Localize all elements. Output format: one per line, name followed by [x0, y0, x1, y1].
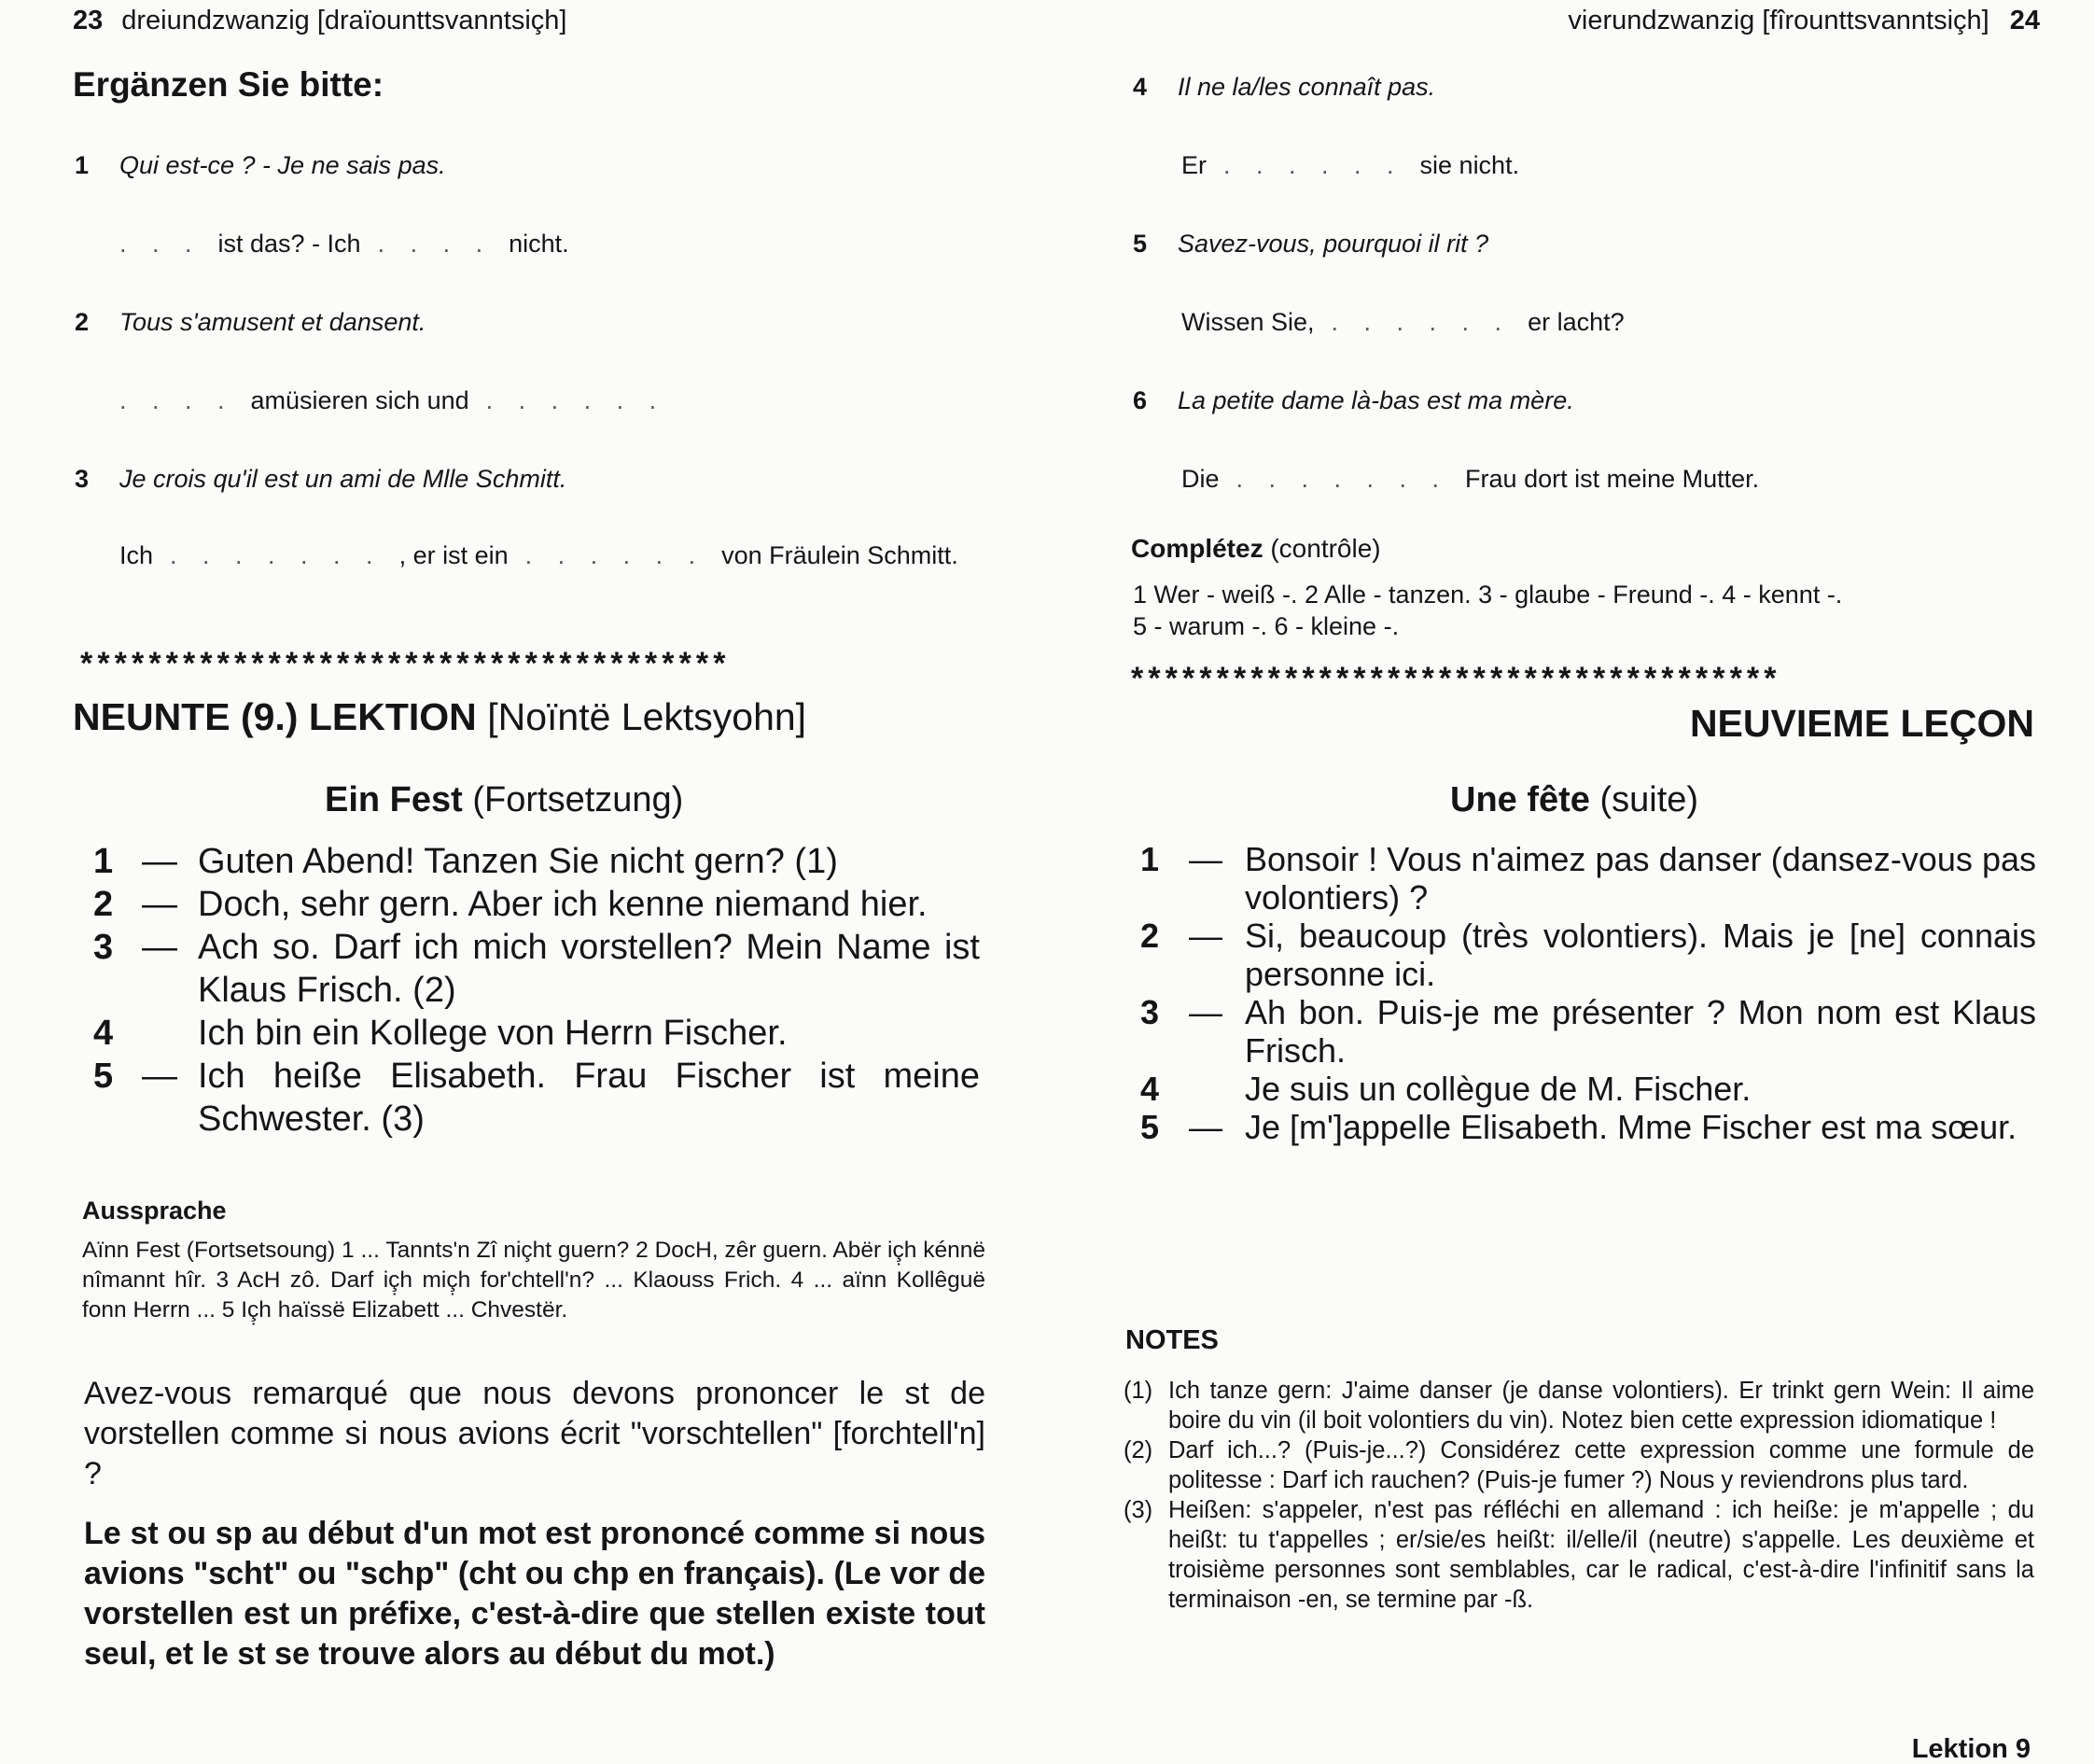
- french-dialogue: 1—Bonsoir ! Vous n'aimez pas danser (dan…: [1140, 840, 2036, 1146]
- header-word: dreiundzwanzig: [121, 6, 310, 35]
- blank[interactable]: . . . .: [378, 230, 493, 258]
- dialogue-line: 5—Je [m']appelle Elisabeth. Mme Fischer …: [1140, 1108, 2036, 1146]
- exercise-item-5-german: Wissen Sie,. . . . . .er lacht?: [1181, 308, 1625, 337]
- dialogue-line: 5—Ich heiße Elisabeth. Frau Fischer ist …: [93, 1055, 980, 1141]
- header-pronunciation: [fîrounttsvanntsiçh]: [1762, 6, 1989, 35]
- notes-title: NOTES: [1125, 1325, 1219, 1356]
- exercise-item-2-french: 2Tous s'amusent et dansent.: [75, 308, 426, 337]
- answers-line-2: 5 - warum -. 6 - kleine -.: [1133, 612, 1399, 640]
- lesson-title: NEUNTE (9.) LEKTION [Noïntë Lektsyohn]: [73, 695, 806, 739]
- blank[interactable]: . . . . . . .: [170, 541, 383, 569]
- exercise-item-1-french: 1Qui est-ce ? - Je ne sais pas.: [75, 151, 446, 180]
- note-item: (3)Heißen: s'appeler, n'est pas réfléchi…: [1124, 1495, 2034, 1615]
- blank[interactable]: . . . .: [119, 386, 234, 414]
- exercise-item-6-french: 6La petite dame là-bas est ma mère.: [1133, 386, 1574, 415]
- dialogue-line: 4Ich bin ein Kollege von Herrn Fischer.: [93, 1012, 980, 1055]
- exercise-item-4-german: Er. . . . . .sie nicht.: [1181, 151, 1519, 180]
- blank[interactable]: . . .: [119, 230, 202, 258]
- exercise-item-6-german: Die. . . . . . .Frau dort ist meine Mutt…: [1181, 465, 1759, 494]
- dialogue-line: 3—Ah bon. Puis-je me présenter ? Mon nom…: [1140, 993, 2036, 1070]
- dialogue-line: 3—Ach so. Darf ich mich vorstellen? Mein…: [93, 926, 980, 1012]
- exercise-item-2-german: . . . .amüsieren sich und. . . . . .: [119, 386, 682, 415]
- dialogue-title: Ein Fest (Fortsetzung): [325, 780, 683, 820]
- exercise-item-1-german: . . .ist das? - Ich. . . .nicht.: [119, 230, 569, 259]
- page-number: 23: [73, 6, 103, 35]
- note-item: (1)Ich tanze gern: J'aime danser (je dan…: [1124, 1376, 2034, 1435]
- dialogue-line: 2—Si, beaucoup (très volontiers). Mais j…: [1140, 917, 2036, 993]
- right-page-header: vierundzwanzig [fîrounttsvanntsiçh]24: [1568, 6, 2040, 36]
- blank[interactable]: . . . . . .: [486, 386, 666, 414]
- dialogue-line: 1—Bonsoir ! Vous n'aimez pas danser (dan…: [1140, 840, 2036, 917]
- footer-lesson-label: Lektion 9: [1912, 1734, 2031, 1764]
- lesson-title: NEUVIEME LEÇON: [1690, 702, 2034, 746]
- page-number: 24: [2010, 6, 2040, 35]
- notes-list: (1)Ich tanze gern: J'aime danser (je dan…: [1124, 1376, 2034, 1615]
- dialogue-title: Une fête (suite): [1450, 780, 1698, 820]
- exercise-title: Ergänzen Sie bitte:: [73, 65, 384, 105]
- blank[interactable]: . . . . . .: [525, 541, 705, 569]
- remark-paragraph-1: Avez-vous remarqué que nous devons prono…: [84, 1374, 985, 1494]
- exercise-item-3-german: Ich. . . . . . ., er ist ein. . . . . .v…: [119, 541, 958, 570]
- german-dialogue: 1—Guten Abend! Tanzen Sie nicht gern? (1…: [93, 840, 980, 1141]
- blank[interactable]: . . . . . .: [1223, 151, 1403, 179]
- header-pronunciation: [draïounttsvanntsiçh]: [317, 6, 567, 35]
- blank[interactable]: . . . . . .: [1332, 308, 1512, 336]
- header-word: vierundzwanzig: [1568, 6, 1754, 35]
- answers-line-1: 1 Wer - weiß -. 2 Alle - tanzen. 3 - gla…: [1133, 581, 1842, 609]
- left-page-header: 23dreiundzwanzig [draïounttsvanntsiçh]: [73, 6, 566, 36]
- asterisk-separator: **************************************: [1131, 661, 1781, 697]
- blank[interactable]: . . . . . . .: [1236, 465, 1449, 493]
- dialogue-line: 4Je suis un collègue de M. Fischer.: [1140, 1070, 2036, 1108]
- note-item: (2)Darf ich...? (Puis-je...?) Considérez…: [1124, 1435, 2034, 1495]
- pronunciation-text: Aïnn Fest (Fortsetsoung) 1 ... Tannts'n …: [82, 1236, 985, 1325]
- exercise-item-3-french: 3Je crois qu'il est un ami de Mlle Schmi…: [75, 465, 566, 494]
- asterisk-separator: **************************************: [80, 646, 731, 682]
- exercise-item-5-french: 5Savez-vous, pourquoi il rit ?: [1133, 230, 1488, 259]
- pronunciation-title: Aussprache: [82, 1197, 227, 1225]
- dialogue-line: 2—Doch, sehr gern. Aber ich kenne nieman…: [93, 883, 980, 926]
- exercise-item-4-french: 4Il ne la/les connaît pas.: [1133, 73, 1435, 102]
- remark-paragraph-2: Le st ou sp au début d'un mot est pronon…: [84, 1514, 985, 1674]
- dialogue-line: 1—Guten Abend! Tanzen Sie nicht gern? (1…: [93, 840, 980, 883]
- answers-title: Complétez (contrôle): [1131, 534, 1381, 564]
